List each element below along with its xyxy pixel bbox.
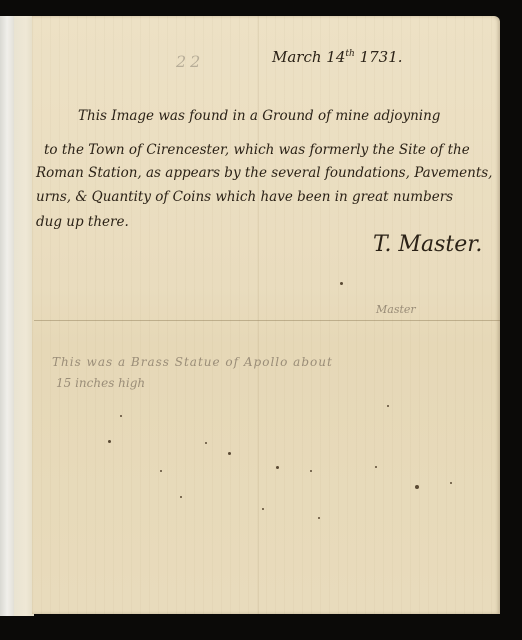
body-line: Roman Station, as appears by the several… <box>36 165 492 181</box>
pencil-signature: Master <box>376 303 416 316</box>
body-line: to the Town of Cirencester, which was fo… <box>44 142 470 158</box>
date-ordinal: th <box>345 49 354 59</box>
folio-number: 22 <box>176 52 204 71</box>
pencil-note-line: This was a Brass Statue of Apollo about <box>52 355 333 369</box>
body-line: This Image was found in a Ground of mine… <box>78 108 440 124</box>
paper-edge <box>14 16 34 616</box>
horizontal-fold-line <box>34 320 500 321</box>
letter-date: March 14th 1731. <box>272 48 403 66</box>
vertical-fold-line <box>258 16 259 614</box>
signature: T. Master. <box>373 232 482 257</box>
pencil-note-line: 15 inches high <box>56 376 145 390</box>
body-line: urns, & Quantity of Coins which have bee… <box>36 189 453 205</box>
manuscript-page <box>32 16 500 614</box>
date-year: 1731. <box>360 48 403 66</box>
body-line: dug up there. <box>36 214 129 230</box>
date-text: March 14 <box>272 48 345 66</box>
